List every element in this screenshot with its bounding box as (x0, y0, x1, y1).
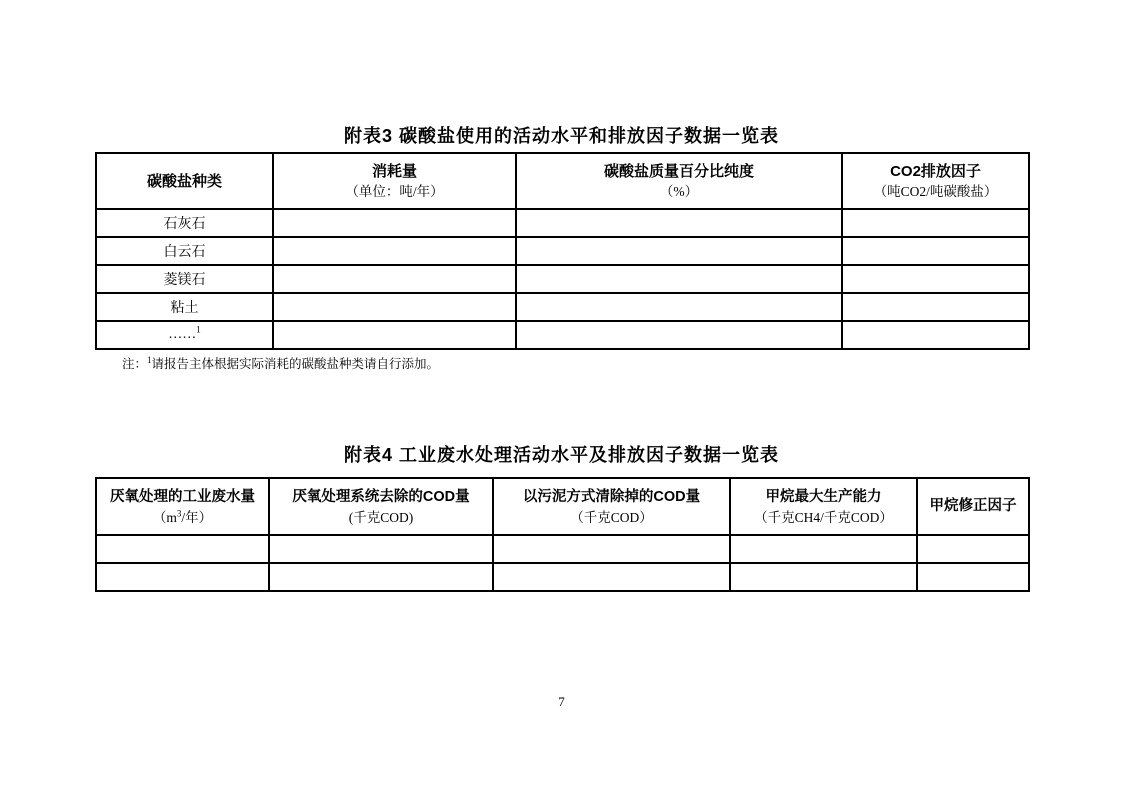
page-number: 7 (0, 694, 1123, 710)
table3-col-co2-factor: CO2排放因子 （吨CO2/吨碳酸盐） (842, 153, 1029, 209)
col-header-unit: （千克COD） (496, 508, 727, 527)
table-row: 菱镁石 (96, 265, 1029, 293)
table3-title: 附表3 碳酸盐使用的活动水平和排放因子数据一览表 (0, 125, 1123, 147)
col-header-label: 消耗量 (276, 161, 513, 182)
row-label-dolomite: 白云石 (96, 237, 273, 265)
col-header-label: 厌氧处理的工业废水量 (99, 487, 266, 508)
col-header-label: 厌氧处理系统去除的COD量 (272, 487, 490, 508)
empty-form-cell (273, 321, 516, 349)
unit-text: （m (153, 510, 177, 525)
empty-form-cell (842, 237, 1029, 265)
empty-form-cell (516, 265, 842, 293)
footnote-text: 请报告主体根据实际消耗的碳酸盐种类请自行添加。 (152, 357, 440, 371)
footnote-prefix: 注： (122, 357, 147, 371)
empty-form-cell (96, 563, 269, 591)
empty-form-cell (842, 321, 1029, 349)
row-label-magnesite: 菱镁石 (96, 265, 273, 293)
empty-form-cell (516, 293, 842, 321)
empty-form-cell (493, 535, 730, 563)
col-header-label: 甲烷最大生产能力 (733, 487, 914, 508)
empty-form-cell (269, 535, 493, 563)
table4-header-row: 厌氧处理的工业废水量 （m3/年） 厌氧处理系统去除的COD量 (千克COD) … (96, 478, 1029, 535)
col-header-unit: （m3/年） (99, 508, 266, 527)
ellipsis-text: …… (168, 327, 196, 342)
col-header-label: 碳酸盐种类 (99, 171, 270, 192)
col-header-unit: （吨CO2/吨碳酸盐） (845, 182, 1026, 201)
table4-col-wastewater-volume: 厌氧处理的工业废水量 （m3/年） (96, 478, 269, 535)
table3-col-carbonate-type: 碳酸盐种类 (96, 153, 273, 209)
table-row (96, 535, 1029, 563)
footnote-marker: 1 (196, 324, 201, 334)
row-label-clay: 粘土 (96, 293, 273, 321)
empty-form-cell (730, 563, 917, 591)
table-row: 石灰石 (96, 209, 1029, 237)
empty-form-cell (273, 293, 516, 321)
table-row: 粘土 (96, 293, 1029, 321)
empty-form-cell (516, 321, 842, 349)
wastewater-table: 厌氧处理的工业废水量 （m3/年） 厌氧处理系统去除的COD量 (千克COD) … (95, 477, 1030, 592)
unit-text: /年） (181, 510, 212, 525)
table-row: 白云石 (96, 237, 1029, 265)
carbonate-table: 碳酸盐种类 消耗量 （单位：吨/年） 碳酸盐质量百分比纯度 （%） CO2排放因… (95, 152, 1030, 350)
col-header-unit: （%） (519, 182, 839, 201)
empty-form-cell (273, 237, 516, 265)
empty-form-cell (516, 237, 842, 265)
table4-col-methane-correction: 甲烷修正因子 (917, 478, 1029, 535)
empty-form-cell (917, 563, 1029, 591)
table3-col-consumption: 消耗量 （单位：吨/年） (273, 153, 516, 209)
table-row (96, 563, 1029, 591)
row-label-ellipsis: ……1 (96, 321, 273, 349)
col-header-label: 碳酸盐质量百分比纯度 (519, 161, 839, 182)
table4-col-cod-removed: 厌氧处理系统去除的COD量 (千克COD) (269, 478, 493, 535)
col-header-unit: （千克CH4/千克COD） (733, 508, 914, 527)
row-label-limestone: 石灰石 (96, 209, 273, 237)
table-row: ……1 (96, 321, 1029, 349)
empty-form-cell (96, 535, 269, 563)
empty-form-cell (730, 535, 917, 563)
table4-col-methane-capacity: 甲烷最大生产能力 （千克CH4/千克COD） (730, 478, 917, 535)
col-header-unit: (千克COD) (272, 508, 490, 527)
empty-form-cell (842, 265, 1029, 293)
empty-form-cell (273, 265, 516, 293)
table3-footnote: 注：1请报告主体根据实际消耗的碳酸盐种类请自行添加。 (122, 356, 439, 372)
col-header-unit: （单位：吨/年） (276, 182, 513, 201)
empty-form-cell (269, 563, 493, 591)
empty-form-cell (842, 209, 1029, 237)
table3-col-purity: 碳酸盐质量百分比纯度 （%） (516, 153, 842, 209)
empty-form-cell (842, 293, 1029, 321)
empty-form-cell (493, 563, 730, 591)
table3-header-row: 碳酸盐种类 消耗量 （单位：吨/年） 碳酸盐质量百分比纯度 （%） CO2排放因… (96, 153, 1029, 209)
empty-form-cell (273, 209, 516, 237)
table4-title: 附表4 工业废水处理活动水平及排放因子数据一览表 (0, 444, 1123, 466)
empty-form-cell (917, 535, 1029, 563)
col-header-label: 以污泥方式清除掉的COD量 (496, 487, 727, 508)
col-header-label: CO2排放因子 (845, 161, 1026, 182)
empty-form-cell (516, 209, 842, 237)
col-header-label: 甲烷修正因子 (920, 496, 1026, 517)
table4-col-cod-sludge: 以污泥方式清除掉的COD量 （千克COD） (493, 478, 730, 535)
